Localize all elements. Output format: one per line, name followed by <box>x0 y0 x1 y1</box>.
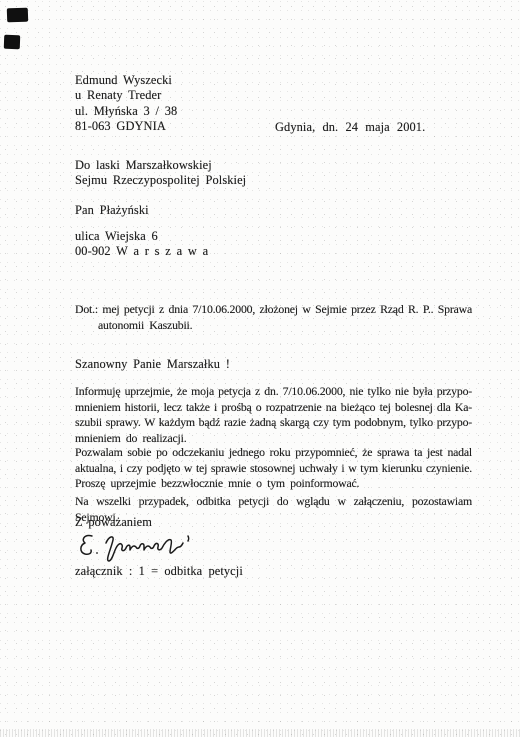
paragraph-line: Informuję uprzejmie, że moja petycja z d… <box>75 384 472 400</box>
signature-scribble <box>106 537 183 561</box>
subject-block: Dot.: mej petycji z dnia 7/10.06.2000, z… <box>75 302 472 333</box>
signature-tick <box>188 536 189 541</box>
address-city: 00-902 W a r s z a w a <box>75 244 208 259</box>
sender-city: 81-063 GDYNIA <box>75 119 177 134</box>
subject-line: Dot.: mej petycji z dnia 7/10.06.2000, z… <box>75 302 472 318</box>
sender-block: Edmund Wyszecki u Renaty Treder ul. Młyń… <box>75 73 177 135</box>
recipient-address-block: ulica Wiejska 6 00-902 W a r s z a w a <box>75 229 208 260</box>
closing-text: Z poważaniem <box>75 515 152 530</box>
paragraph-line: mnieniem historii, lecz także i prośbą o… <box>75 400 472 416</box>
scanned-letter-page: Edmund Wyszecki u Renaty Treder ul. Młyń… <box>0 0 520 737</box>
sender-name: Edmund Wyszecki <box>75 73 177 88</box>
paragraph-line: aktualna, i czy podjęto w tej sprawie st… <box>75 461 472 477</box>
scan-artifact-mark <box>7 8 28 23</box>
paragraph-1: Informuję uprzejmie, że moja petycja z d… <box>75 384 472 446</box>
addressee-line: Do laski Marszałkowskiej <box>75 158 246 173</box>
address-street: ulica Wiejska 6 <box>75 229 208 244</box>
paragraph-2: Pozwalam sobie po odczekaniu jednego rok… <box>75 445 472 492</box>
signature-dot <box>96 552 98 554</box>
salutation-block: Szanowny Panie Marszałku ! <box>75 357 230 372</box>
paragraph-line: Proszę uprzejmie bezzwłocznie mnie o tym… <box>75 476 472 492</box>
date-line: Gdynia, dn. 24 maja 2001. <box>275 120 425 135</box>
addressee-line: Sejmu Rzeczypospolitej Polskiej <box>75 173 246 188</box>
handwritten-signature <box>76 531 224 565</box>
paragraph-line: Pozwalam sobie po odczekaniu jednego rok… <box>75 445 472 461</box>
salutation-text: Szanowny Panie Marszałku ! <box>75 357 230 372</box>
scan-edge-noise <box>0 729 520 737</box>
sender-street: ul. Młyńska 3 / 38 <box>75 104 177 119</box>
subject-line-continued: autonomii Kaszubii. <box>98 318 472 334</box>
paragraph-line: szubii sprawy. W każdym bądź razie żadną… <box>75 415 472 431</box>
date-block: Gdynia, dn. 24 maja 2001. <box>275 120 425 135</box>
enclosure-text: załącznik : 1 = odbitka petycji <box>75 564 243 579</box>
addressee-block: Do laski Marszałkowskiej Sejmu Rzeczypos… <box>75 158 246 189</box>
sender-care-of: u Renaty Treder <box>75 88 177 103</box>
scan-artifact-mark <box>4 35 20 50</box>
recipient-block: Pan Płażyński <box>75 203 149 218</box>
closing-block: Z poważaniem <box>75 515 152 530</box>
enclosure-block: załącznik : 1 = odbitka petycji <box>75 564 243 579</box>
signature-initial <box>81 536 92 555</box>
recipient-name: Pan Płażyński <box>75 203 149 218</box>
